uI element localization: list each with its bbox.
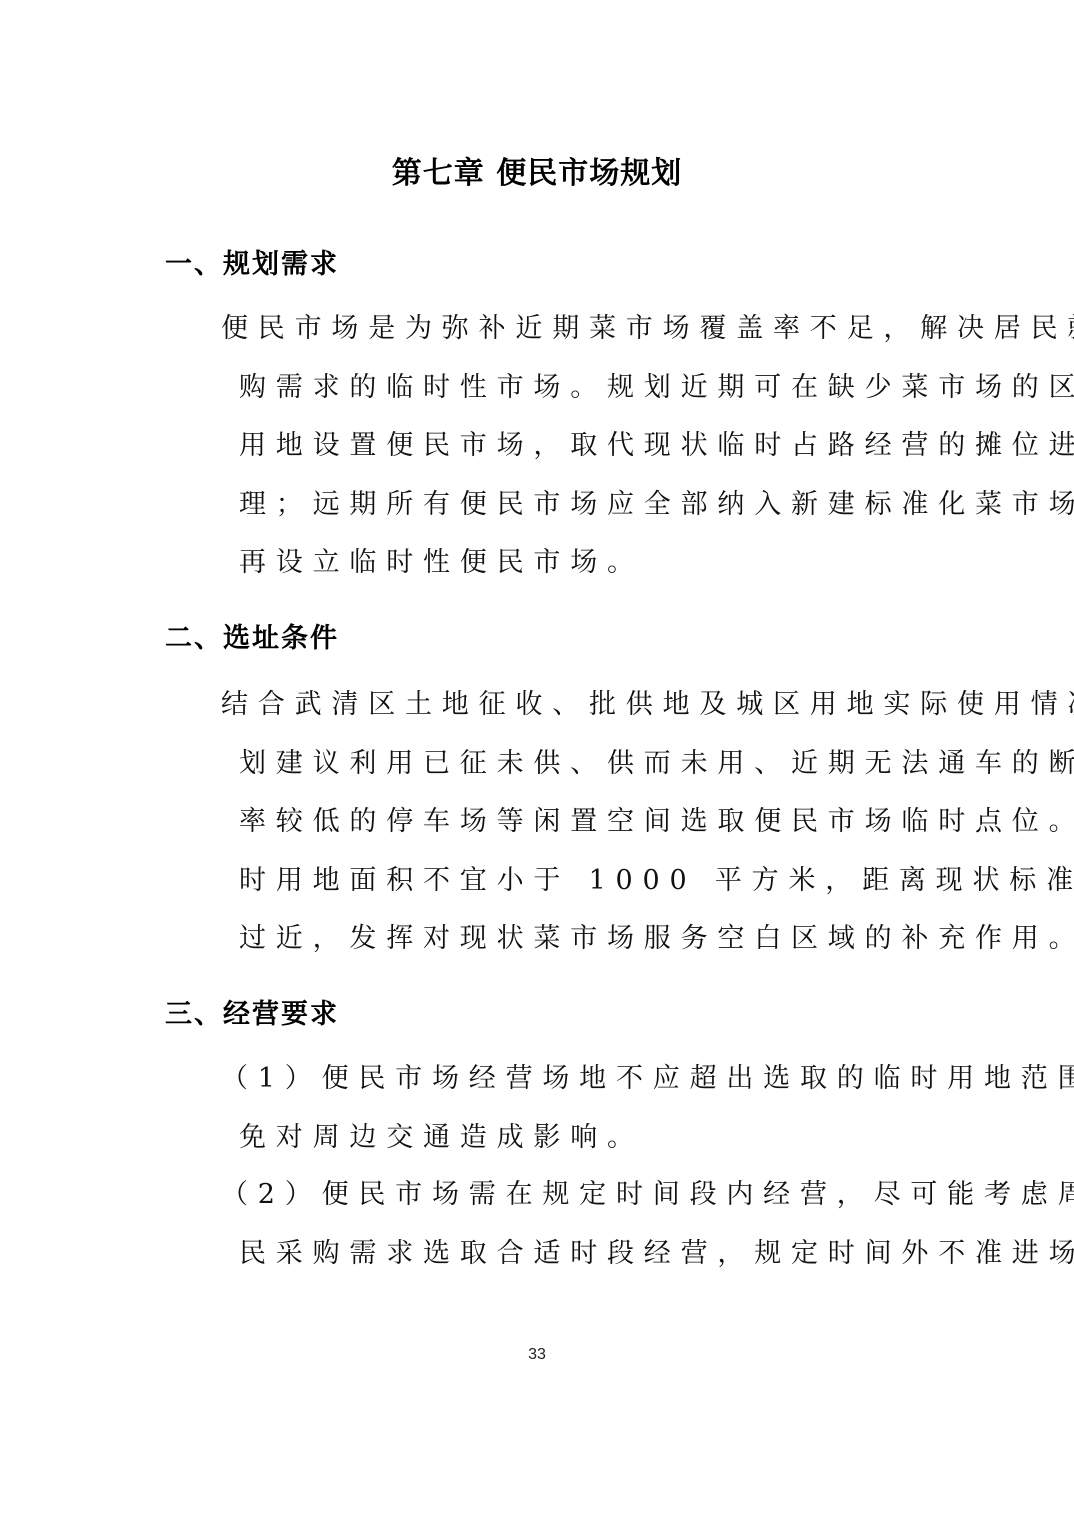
text-line: 划建议利用已征未供、供而未用、近期无法通车的断头路、利用 (165, 735, 911, 794)
text-line: 率较低的停车场等闲置空间选取便民市场临时点位。便民市场临 (165, 793, 911, 852)
text-line: 过近，发挥对现状菜市场服务空白区域的补充作用。 (165, 910, 911, 969)
text-line: 免对周边交通造成影响。 (165, 1109, 911, 1168)
paragraph-site-selection: 结合武清区土地征收、批供地及城区用地实际使用情况，规 划建议利用已征未供、供而未… (165, 676, 911, 969)
paragraph-requirement-2: （2）便民市场需在规定时间段内经营，尽可能考虑周边居 民采购需求选取合适时段经营… (165, 1166, 911, 1283)
text-line: 再设立临时性便民市场。 (165, 534, 911, 593)
text-line: 时用地面积不宜小于 1000 平方米，距离现状标准化菜市场不应 (165, 852, 911, 911)
text-line: 用地设置便民市场，取代现状临时占路经营的摊位进行规范化管 (165, 417, 911, 476)
section-heading-site-selection: 二、选址条件 (165, 616, 339, 655)
page-number: 33 (0, 1346, 1074, 1364)
text-line: 便民市场是为弥补近期菜市场覆盖率不足，解决居民就近采 (165, 300, 911, 359)
section-heading-operation-requirements: 三、经营要求 (165, 992, 339, 1031)
text-line: 购需求的临时性市场。规划近期可在缺少菜市场的区域选取合适 (165, 359, 911, 418)
document-page: 第七章 便民市场规划 一、规划需求 便民市场是为弥补近期菜市场覆盖率不足，解决居… (0, 0, 1074, 1520)
paragraph-requirement-1: （1）便民市场经营场地不应超出选取的临时用地范围，避 免对周边交通造成影响。 (165, 1050, 911, 1167)
section-heading-planning-demand: 一、规划需求 (165, 242, 339, 281)
paragraph-planning-demand: 便民市场是为弥补近期菜市场覆盖率不足，解决居民就近采 购需求的临时性市场。规划近… (165, 300, 911, 593)
text-line: （1）便民市场经营场地不应超出选取的临时用地范围，避 (165, 1050, 911, 1109)
text-line: 结合武清区土地征收、批供地及城区用地实际使用情况，规 (165, 676, 911, 735)
text-line: 民采购需求选取合适时段经营，规定时间外不准进场布设摊位。 (165, 1225, 911, 1284)
chapter-title: 第七章 便民市场规划 (0, 148, 1074, 192)
text-line: 理；远期所有便民市场应全部纳入新建标准化菜市场内经营，不 (165, 476, 911, 535)
text-line: （2）便民市场需在规定时间段内经营，尽可能考虑周边居 (165, 1166, 911, 1225)
